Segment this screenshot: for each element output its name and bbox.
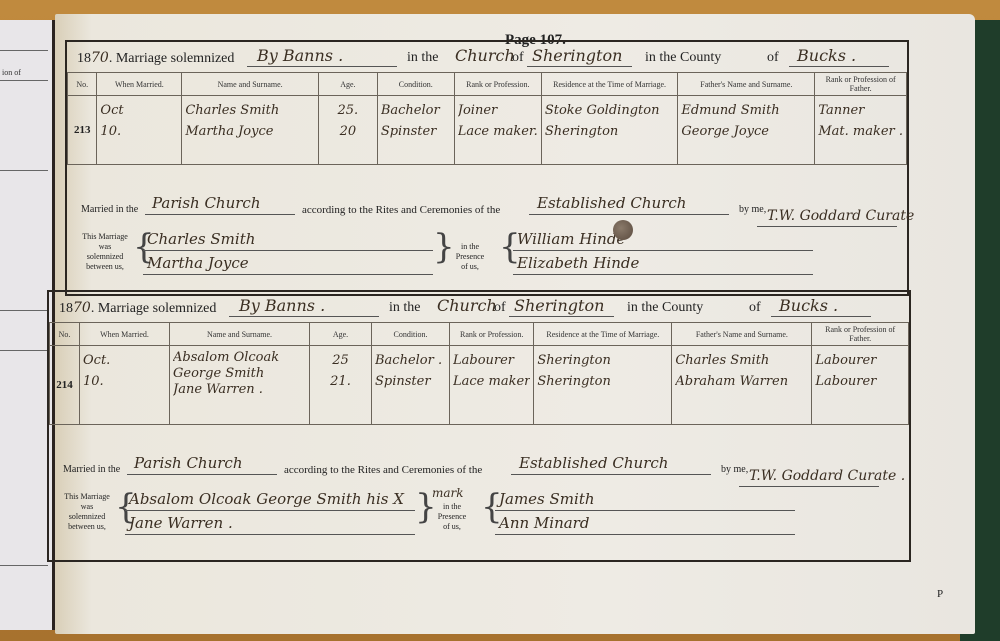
fill-line [511, 474, 711, 475]
ages-value: 25. [322, 100, 374, 121]
wax-seal-mark [613, 220, 633, 240]
county-of-label: of [749, 300, 761, 316]
by-me-label: by me, [721, 464, 748, 475]
county-name: Bucks . [779, 296, 838, 315]
entry-number: 213 [68, 96, 97, 165]
in-presence-label: in thePresenceof us, [427, 502, 477, 532]
column-header: Rank or Profession of Father. [812, 323, 909, 346]
year-label: 1870. Marriage solemnized [77, 50, 234, 67]
cell-residences: Stoke GoldingtonSherington [541, 96, 678, 165]
column-header: Rank or Profession. [450, 323, 534, 346]
rites-label: according to the Rites and Ceremonies of… [302, 204, 500, 216]
marriage-entry-213: 1870. Marriage solemnized By Banns . in … [65, 40, 909, 296]
fathers-value: Edmund Smith [681, 100, 811, 121]
party-signature-1: Charles Smith [147, 230, 255, 248]
county-name: Bucks . [797, 46, 856, 65]
fathers-value: Charles Smith [675, 350, 808, 371]
fill-line [509, 316, 614, 317]
column-header: Condition. [372, 323, 450, 346]
solemnized-by: By Banns . [239, 296, 325, 315]
ages-value: 21. [313, 371, 368, 392]
fill-line [229, 316, 379, 317]
cell-fathers: Charles SmithAbraham Warren [672, 346, 812, 425]
rule-line [0, 50, 48, 51]
cell-ages: 25.20 [318, 96, 377, 165]
party-signature-1: Absalom Olcoak George Smith his X [129, 490, 404, 508]
witness-signature-2: Elizabeth Hinde [517, 254, 639, 272]
when-married-value: Oct [100, 100, 178, 121]
cell-conditions: BachelorSpinster [377, 96, 454, 165]
fill-line [739, 486, 879, 487]
party-signature-2: Jane Warren . [129, 514, 233, 532]
professions-value: Joiner [458, 100, 538, 121]
fill-line [513, 250, 813, 251]
residences-value: Sherington [537, 350, 668, 371]
column-header: Rank or Profession. [454, 73, 541, 96]
column-header: No. [68, 73, 97, 96]
this-marriage-label: This Marriagewassolemnizedbetween us, [75, 232, 135, 272]
fill-line [143, 274, 433, 275]
when-married-value: 10. [83, 371, 166, 392]
fill-line [145, 214, 295, 215]
father-professions-value: Labourer [815, 350, 905, 371]
cell-fathers: Edmund SmithGeorge Joyce [678, 96, 815, 165]
rule-line [0, 170, 48, 171]
fathers-value: George Joyce [681, 121, 811, 142]
rule-line [0, 350, 48, 351]
married-in-label: Married in the [81, 204, 138, 215]
year-label: 1870. Marriage solemnized [59, 300, 216, 317]
fill-line [495, 534, 795, 535]
fill-line [247, 66, 397, 67]
when-married-value: 10. [100, 121, 178, 142]
marriage-entry-214: 1870. Marriage solemnized By Banns . in … [47, 290, 911, 562]
church-type: Church [455, 46, 515, 65]
fathers-value: Abraham Warren [675, 371, 808, 392]
column-header: Age. [318, 73, 377, 96]
witness-signature-2: Ann Minard [499, 514, 589, 532]
county-of-label: of [767, 50, 779, 66]
cell-names: Charles SmithMartha Joyce [182, 96, 319, 165]
footer-mark: P [937, 588, 943, 600]
cell-professions: LabourerLace maker [450, 346, 534, 425]
names-value: Jane Warren . [173, 382, 306, 398]
column-header: When Married. [80, 323, 170, 346]
party-signature-2: Martha Joyce [147, 254, 249, 272]
cell-residences: SheringtonSherington [534, 346, 672, 425]
previous-page-text: ion of [2, 68, 21, 77]
witness-signature-1: William Hinde [517, 230, 625, 248]
married-in-place: Parish Church [134, 454, 243, 472]
column-header: Rank or Profession of Father. [815, 73, 907, 96]
by-me-label: by me, [739, 204, 766, 215]
this-marriage-label: This Marriagewassolemnizedbetween us, [57, 492, 117, 532]
fill-line [757, 226, 897, 227]
fill-line [513, 274, 813, 275]
mark-note: mark [432, 486, 464, 500]
rites-label: according to the Rites and Ceremonies of… [284, 464, 482, 476]
county-label: in the County [627, 300, 703, 316]
fill-line [771, 316, 871, 317]
fill-line [529, 214, 729, 215]
married-in-place: Parish Church [152, 194, 261, 212]
father-professions-value: Mat. maker . [818, 121, 903, 142]
cell-conditions: Bachelor .Spinster [372, 346, 450, 425]
in-the-label: in the [407, 50, 439, 66]
conditions-value: Spinster [375, 371, 446, 392]
of-label: of [494, 300, 506, 316]
rule-line [0, 80, 48, 81]
solemnized-by: By Banns . [257, 46, 343, 65]
cell-ages: 2521. [310, 346, 372, 425]
entry-number: 214 [50, 346, 80, 425]
column-header: Name and Surname. [170, 323, 310, 346]
names-value: George Smith [173, 366, 306, 382]
column-header: Father's Name and Surname. [678, 73, 815, 96]
column-header: When Married. [97, 73, 182, 96]
register-table: No.When Married.Name and Surname.Age.Con… [49, 322, 909, 425]
fill-line [125, 534, 415, 535]
county-label: in the County [645, 50, 721, 66]
in-the-label: in the [389, 300, 421, 316]
officiant-signature: T.W. Goddard Curate [767, 208, 914, 224]
cell-father-professions: LabourerLabourer [812, 346, 909, 425]
cell-when-married: Oct.10. [80, 346, 170, 425]
conditions-value: Bachelor . [375, 350, 446, 371]
column-header: No. [50, 323, 80, 346]
fill-line [143, 250, 433, 251]
names-value: Charles Smith [185, 100, 315, 121]
entry-header: 1870. Marriage solemnized By Banns . in … [67, 42, 907, 72]
column-header: Name and Surname. [182, 73, 319, 96]
register-table: No.When Married.Name and Surname.Age.Con… [67, 72, 907, 165]
rites-value: Established Church [519, 454, 668, 472]
fill-line [527, 66, 632, 67]
fill-line [127, 474, 277, 475]
in-presence-label: in thePresenceof us, [445, 242, 495, 272]
column-header: Residence at the Time of Marriage. [541, 73, 678, 96]
column-header: Residence at the Time of Marriage. [534, 323, 672, 346]
rule-line [0, 565, 48, 566]
rites-value: Established Church [537, 194, 686, 212]
table-row: 213Oct10.Charles SmithMartha Joyce25.20B… [68, 96, 907, 165]
professions-value: Labourer [453, 350, 530, 371]
residences-value: Sherington [545, 121, 675, 142]
father-professions-value: Tanner [818, 100, 903, 121]
residences-value: Stoke Goldington [545, 100, 675, 121]
church-type: Church [437, 296, 497, 315]
of-label: of [512, 50, 524, 66]
fill-line [495, 510, 795, 511]
married-in-label: Married in the [63, 464, 120, 475]
fill-line [789, 66, 889, 67]
officiant-signature: T.W. Goddard Curate . [749, 468, 905, 484]
parish-name: Sherington [532, 46, 622, 65]
father-professions-value: Labourer [815, 371, 905, 392]
fill-line [125, 510, 415, 511]
cell-father-professions: TannerMat. maker . [815, 96, 907, 165]
conditions-value: Bachelor [381, 100, 451, 121]
when-married-value: Oct. [83, 350, 166, 371]
conditions-value: Spinster [381, 121, 451, 142]
names-value: Martha Joyce [185, 121, 315, 142]
rule-line [0, 310, 48, 311]
names-value: Absalom Olcoak [173, 350, 306, 366]
column-header: Age. [310, 323, 372, 346]
witness-signature-1: James Smith [499, 490, 595, 508]
cell-professions: JoinerLace maker. [454, 96, 541, 165]
residences-value: Sherington [537, 371, 668, 392]
professions-value: Lace maker. [458, 121, 538, 142]
cell-when-married: Oct10. [97, 96, 182, 165]
ages-value: 20 [322, 121, 374, 142]
professions-value: Lace maker [453, 371, 530, 392]
entry-header: 1870. Marriage solemnized By Banns . in … [49, 292, 909, 322]
table-row: 214Oct.10.Absalom OlcoakGeorge SmithJane… [50, 346, 909, 425]
column-header: Condition. [377, 73, 454, 96]
ages-value: 25 [313, 350, 368, 371]
column-header: Father's Name and Surname. [672, 323, 812, 346]
register-page: Page 107. 1870. Marriage solemnized By B… [55, 14, 975, 634]
cell-names: Absalom OlcoakGeorge SmithJane Warren . [170, 346, 310, 425]
parish-name: Sherington [514, 296, 604, 315]
